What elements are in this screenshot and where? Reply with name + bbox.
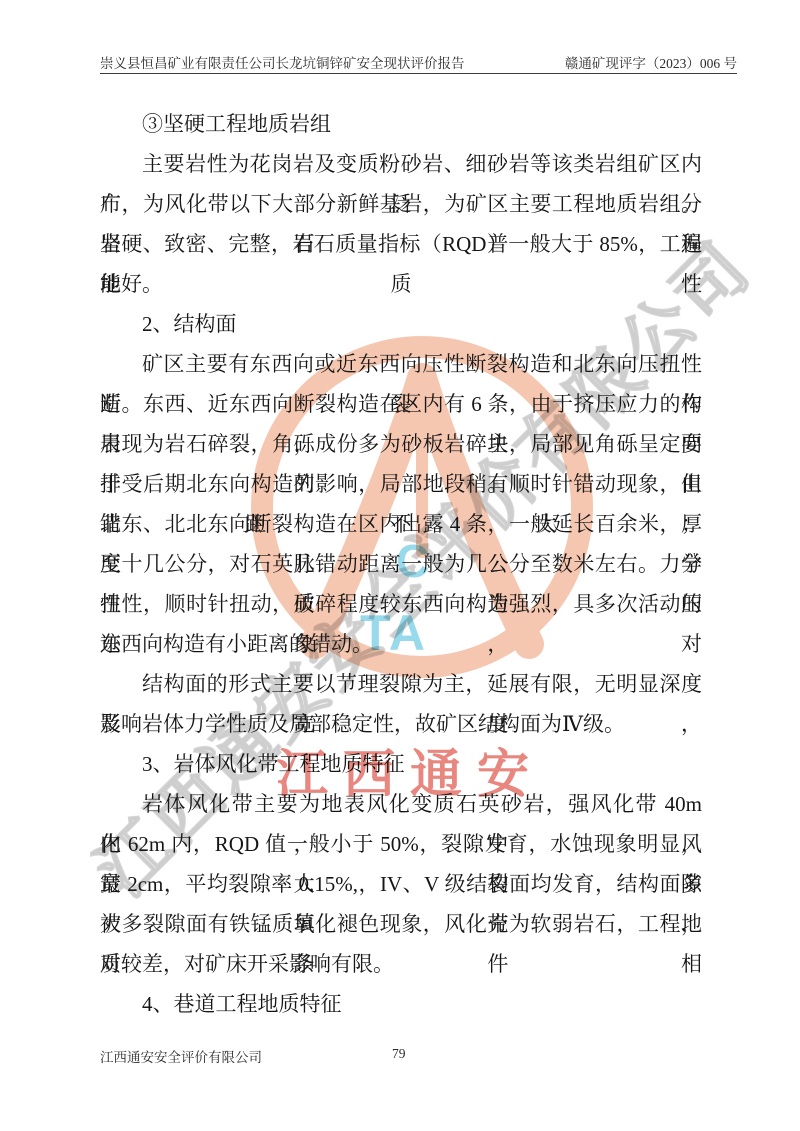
body-line: 造。东西、近东西向断裂构造在区内有 6 条，由于挤压应力的作用，主要 bbox=[100, 384, 702, 424]
body-line: 坚硬、致密、完整，岩石质量指标（RQD）一般大于 85%，工程地质性 bbox=[100, 224, 702, 264]
body-line: 结构面的形式主要以节理裂隙为主，延展有限，无明显深度及宽度， bbox=[100, 664, 702, 704]
page-header: 崇义县恒昌矿业有限责任公司长龙坑铜锌矿安全现状评价报告 赣通矿现评字（2023）… bbox=[100, 52, 737, 72]
header-report-title: 崇义县恒昌矿业有限责任公司长龙坑铜锌矿安全现状评价报告 bbox=[100, 52, 465, 72]
body-line: 影响岩体力学性质及局部稳定性，故矿区结构面为Ⅳ级。 bbox=[100, 704, 702, 744]
body-line: 北东、北北东向断裂构造在区内出露 4 条，一般延长百余米，厚度几公分 bbox=[100, 504, 702, 544]
body-line: 主要岩性为花岗岩及变质粉砂岩、细砂岩等该类岩组矿区内广泛分 bbox=[100, 144, 702, 184]
body-text: ③坚硬工程地质岩组主要岩性为花岗岩及变质粉砂岩、细砂岩等该类岩组矿区内广泛分布，… bbox=[100, 104, 702, 1024]
body-line: 扭性，顺时针扭动，破碎程度较东西向构造强烈，具多次活动的迹象，对 bbox=[100, 584, 702, 624]
body-line: 大多裂隙面有铁锰质氧化褪色现象，风化带为软弱岩石，工程地质条件相 bbox=[100, 904, 702, 944]
body-line: ③坚硬工程地质岩组 bbox=[100, 104, 702, 144]
footer-company-name: 江西通安安全评价有限公司 bbox=[100, 1046, 262, 1066]
body-line: 4、巷道工程地质特征 bbox=[100, 984, 702, 1024]
footer-page-number: 79 bbox=[392, 1046, 406, 1062]
body-line: 至十几公分，对石英脉错动距离一般为几公分至数米左右。力学性质为压 bbox=[100, 544, 702, 584]
header-divider bbox=[100, 73, 737, 74]
document-page: 江西通安安全评价有限公司 C TA 崇义县恒昌矿业有限责任公司长龙坑铜锌矿安全现… bbox=[0, 0, 800, 1131]
body-line: 于受后期北东向构造的影响，局部地段稍有顺时针错动现象，但错距不大； bbox=[100, 464, 702, 504]
page-footer: 江西通安安全评价有限公司 79 bbox=[100, 1046, 737, 1064]
body-line: 表现为岩石碎裂，角砾成份多为砂板岩碎块，局部见角砾呈定向排列。由 bbox=[100, 424, 702, 464]
body-line: 矿区主要有东西向或近东西向压性断裂构造和北东向压扭性断裂构 bbox=[100, 344, 702, 384]
header-document-number: 赣通矿现评字（2023）006 号 bbox=[565, 52, 737, 72]
body-line: 2、结构面 bbox=[100, 304, 702, 344]
body-line: 岩体风化带主要为地表风化变质石英砂岩，强风化带 40m 内，中风 bbox=[100, 784, 702, 824]
body-line: 化 62m 内，RQD 值一般小于 50%，裂隙发育，水蚀现象明显，最大裂隙 bbox=[100, 824, 702, 864]
body-line: 宽 2cm，平均裂隙率 0.15%,，IV、V 级结构面均发育，结构面多被填充， bbox=[100, 864, 702, 904]
body-line: 3、岩体风化带工程地质特征 bbox=[100, 744, 702, 784]
body-line: 布，为风化带以下大部分新鲜基岩，为矿区主要工程地质岩组。岩石普遍 bbox=[100, 184, 702, 224]
